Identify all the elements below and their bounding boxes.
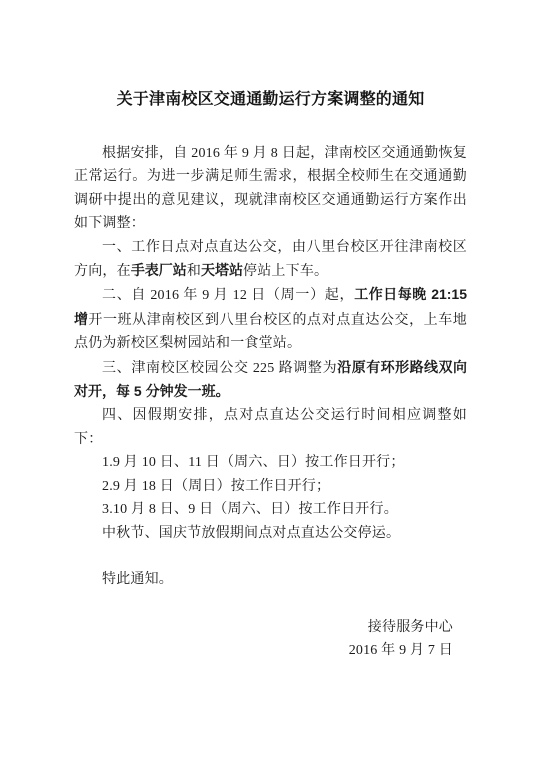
notice-paragraph-item-4: 四、因假期安排，点对点直达公交运行时间相应调整如下：: [74, 404, 467, 451]
notice-paragraph-sub-2: 2.9 月 18 日（周日）按工作日开行；: [74, 475, 467, 498]
notice-paragraph-sub-3: 3.10 月 8 日、9 日（周六、日）按工作日开行。: [74, 498, 467, 521]
notice-paragraph-holiday: 中秋节、国庆节放假期间点对点直达公交停运。: [74, 522, 467, 545]
notice-paragraph-item-1: 一、工作日点对点直达公交，由八里台校区开往津南校区方向，在手表厂站和天塔站停站上…: [74, 236, 467, 284]
text-run: 特此通知。: [102, 572, 173, 587]
emphasis-stop-watch-factory: 手表厂站: [131, 262, 187, 278]
closing-line: 特此通知。: [74, 568, 467, 591]
text-run: 1.9 月 10 日、11 日（周六、日）按工作日开行；: [102, 455, 405, 470]
emphasis-stop-tv-tower: 天塔站: [201, 262, 243, 278]
text-run: 3.10 月 8 日、9 日（周六、日）按工作日开行。: [102, 502, 398, 517]
notice-paragraph-intro: 根据安排，自 2016 年 9 月 8 日起，津南校区交通通勤恢复正常运行。为进…: [74, 142, 467, 236]
text-run: 四、因假期安排，点对点直达公交运行时间相应调整如下：: [74, 408, 467, 446]
text-run: 二、自 2016 年 9 月 12 日（周一）起，: [102, 288, 354, 303]
document-page: 关于津南校区交通通勤运行方案调整的通知 根据安排，自 2016 年 9 月 8 …: [0, 0, 540, 764]
notice-title: 关于津南校区交通通勤运行方案调整的通知: [74, 88, 467, 112]
text-run: 和: [187, 264, 201, 279]
notice-paragraph-item-3: 三、津南校区校园公交 225 路调整为沿原有环形路线双向对开，每 5 分钟发一班…: [74, 356, 467, 405]
text-run: 三、津南校区校园公交 225 路调整为: [102, 361, 337, 376]
text-run: 停站上下车。: [243, 264, 328, 279]
text-run: 开一班从津南校区到八里台校区的点对点直达公交，上车地点仍为新校区梨树园站和一食堂…: [74, 313, 467, 351]
notice-paragraph-item-2: 二、自 2016 年 9 月 12 日（周一）起，工作日每晚 21:15 增开一…: [74, 283, 467, 355]
text-run: 根据安排，自 2016 年 9 月 8 日起，津南校区交通通勤恢复正常运行。为进…: [74, 146, 467, 231]
signature-org: 接待服务中心: [74, 616, 453, 639]
text-run: 2.9 月 18 日（周日）按工作日开行；: [102, 479, 330, 494]
text-run: 中秋节、国庆节放假期间点对点直达公交停运。: [102, 526, 400, 541]
signature-date: 2016 年 9 月 7 日: [74, 639, 453, 662]
notice-body: 根据安排，自 2016 年 9 月 8 日起，津南校区交通通勤恢复正常运行。为进…: [74, 142, 467, 592]
signature-block: 接待服务中心 2016 年 9 月 7 日: [74, 616, 467, 663]
notice-paragraph-sub-1: 1.9 月 10 日、11 日（周六、日）按工作日开行；: [74, 451, 467, 474]
